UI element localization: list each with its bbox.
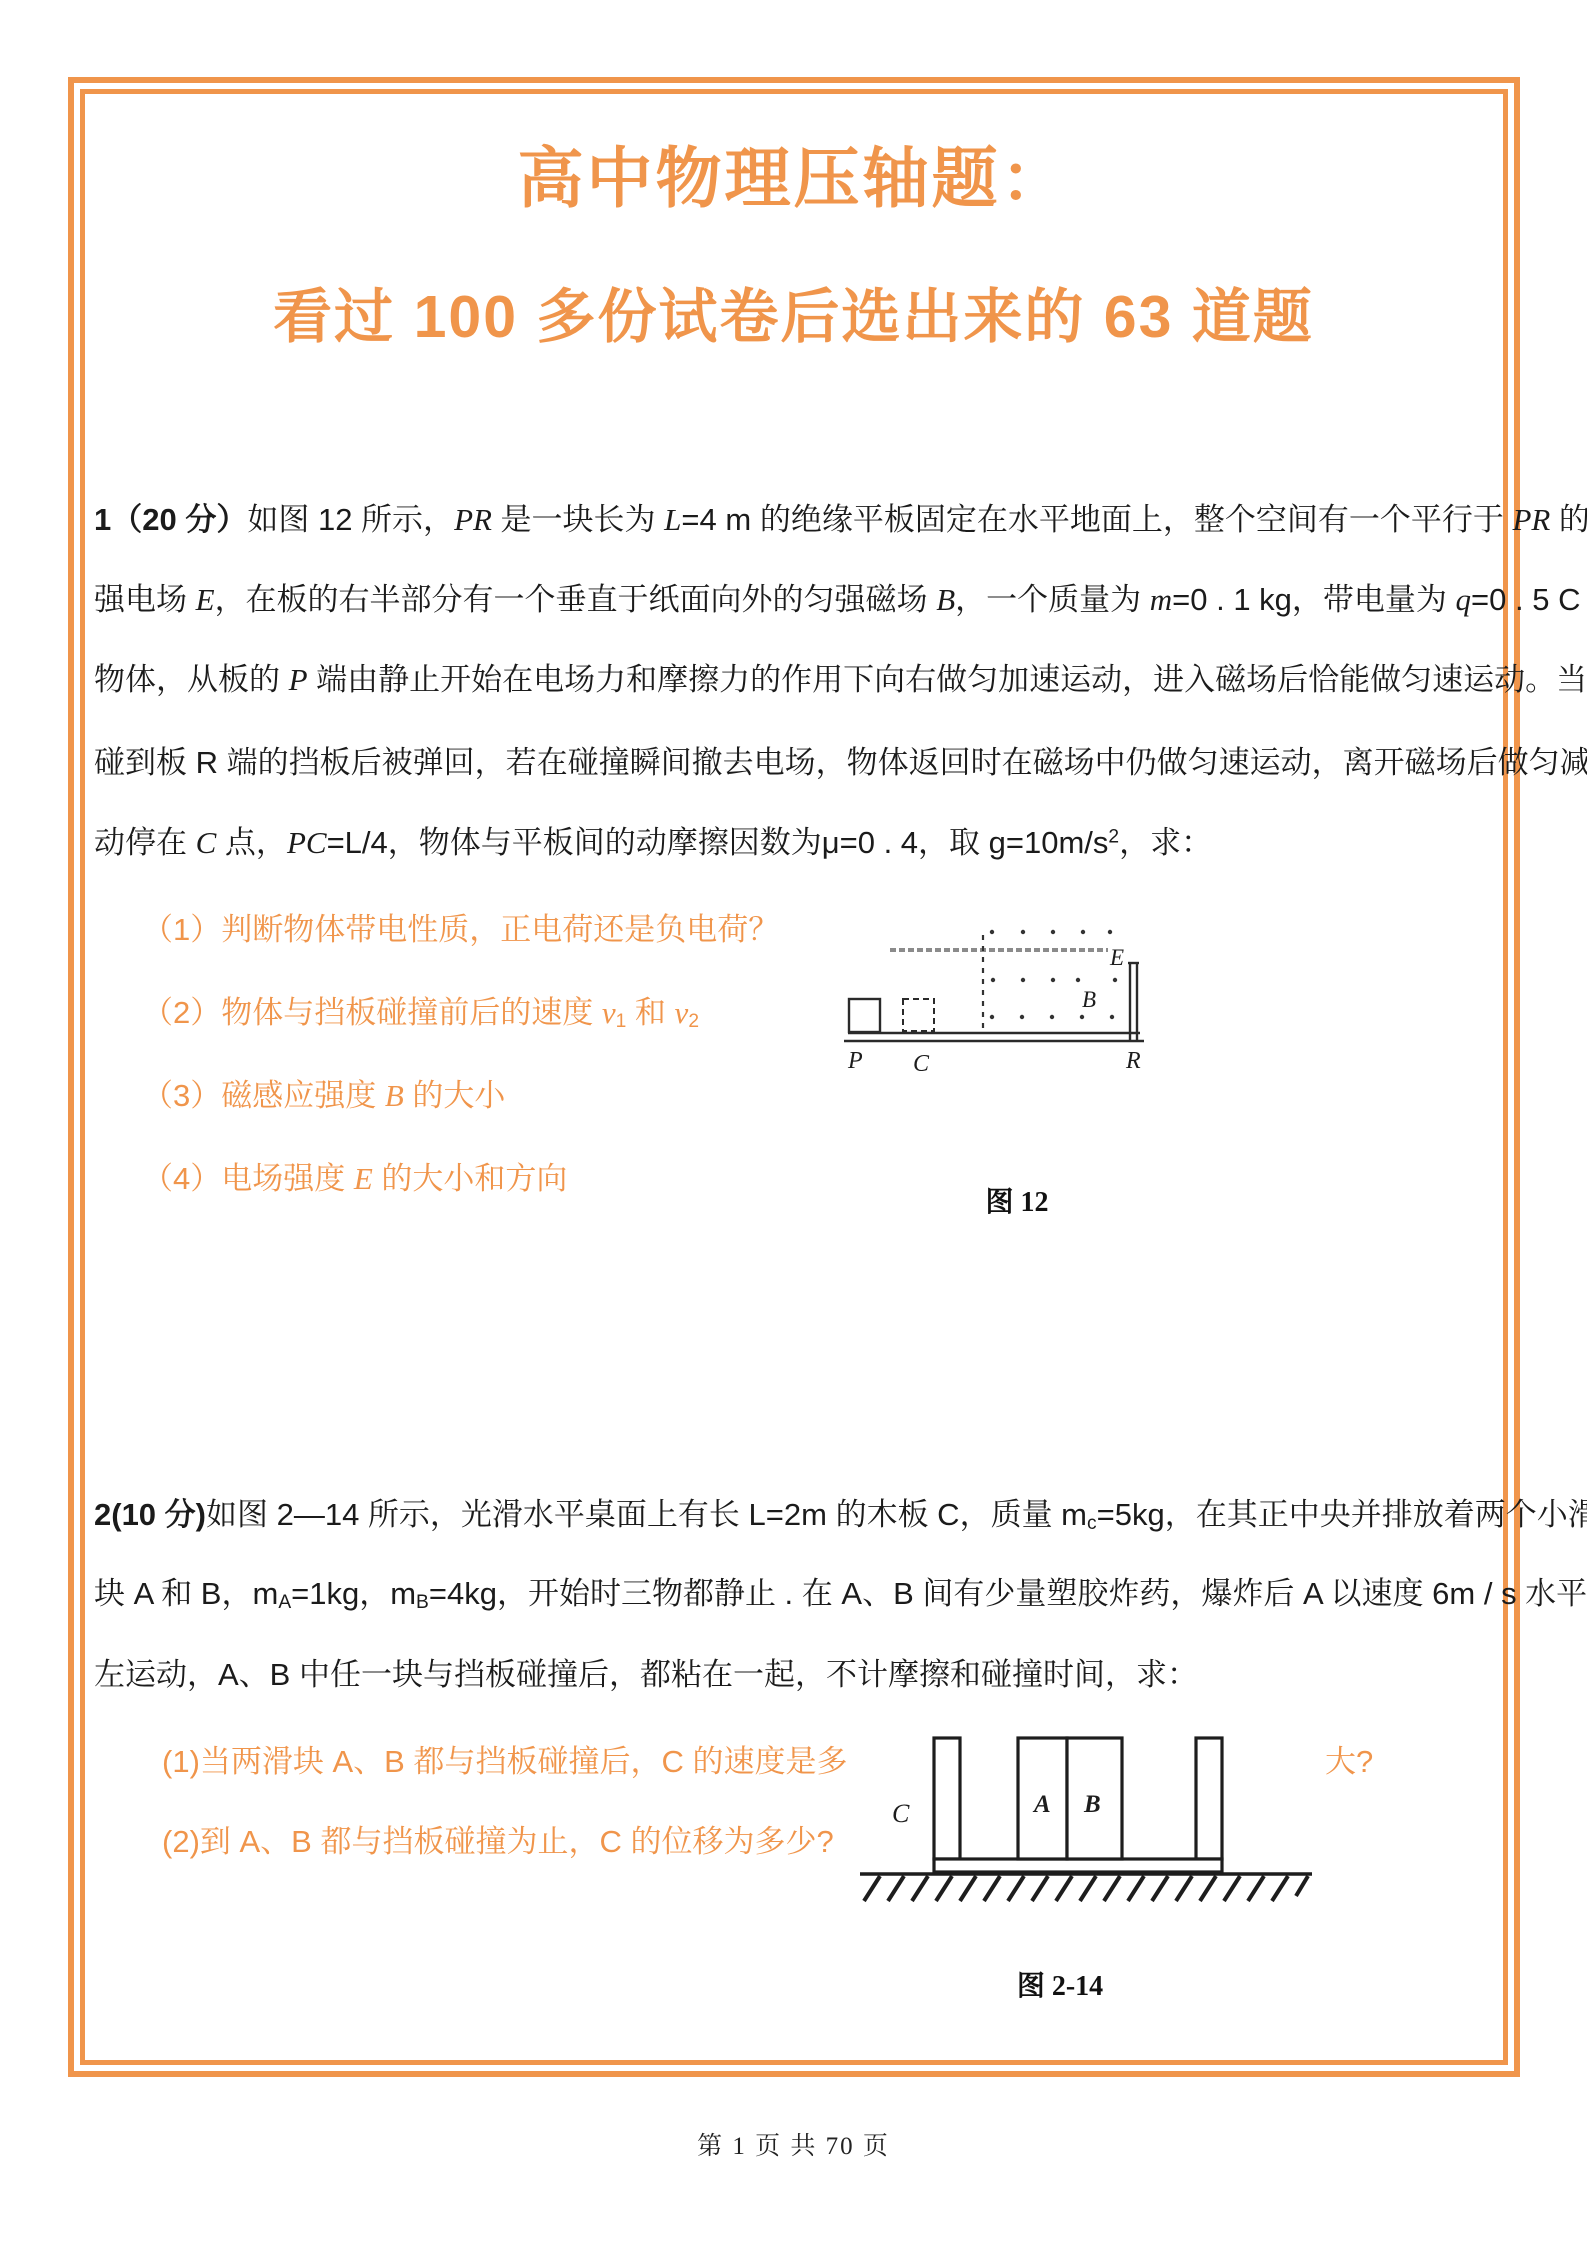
board-C-base <box>934 1859 1222 1872</box>
document-subtitle: 看过 100 多份试卷后选出来的 63 道题 <box>0 285 1587 350</box>
problem1-subquestion-2: （2）物体与挡板碰撞前后的速度 v1 和 v2 <box>142 994 699 1032</box>
problem2-line-3: 左运动，A、B 中任一块与挡板碰撞后，都粘在一起，不计摩擦和碰撞时间，求： <box>94 1656 1198 1694</box>
label-C: C <box>913 1051 930 1077</box>
label-P: P <box>847 1048 863 1074</box>
field-dots-top-row <box>990 930 1112 934</box>
page-number-footer: 第 1 页 共 70 页 <box>0 2126 1587 2162</box>
problem2-subquestion-2: (2)到 A、B 都与挡板碰撞为止，C 的位移为多少? <box>162 1823 834 1861</box>
problem1-line-1: 1（20 分）如图 12 所示，PR 是一块长为 L=4 m 的绝缘平板固定在水… <box>94 501 1587 539</box>
ground-hatching <box>864 1876 1308 1901</box>
problem1-line-4: 碰到板 R 端的挡板后被弹回，若在碰撞瞬间撤去电场，物体返回时在磁场中仍做匀速运… <box>94 744 1587 782</box>
label-B: B <box>1082 987 1096 1012</box>
problem2-subquestion-1: (1)当两滑块 A、B 都与挡板碰撞后，C 的速度是多 <box>162 1743 847 1781</box>
document-title: 高中物理压轴题： <box>0 142 1587 215</box>
figure-12-caption: 图 12 <box>917 1180 1117 1220</box>
label-C: C <box>892 1799 910 1828</box>
field-dots-bottom-row <box>990 1015 1114 1019</box>
dashed-block-at-C <box>903 999 934 1031</box>
label-A: A <box>1032 1791 1051 1818</box>
block-at-P <box>849 999 880 1032</box>
document-page: 高中物理压轴题： 看过 100 多份试卷后选出来的 63 道题 1（20 分）如… <box>0 0 1587 2245</box>
figure-12: E B P C R <box>830 915 1170 1080</box>
problem1-line-5: 动停在 C 点，PC=L/4，物体与平板间的动摩擦因数为μ=0 . 4，取 g=… <box>94 824 1212 862</box>
problem2-line-1: 2(10 分)如图 2—14 所示，光滑水平桌面上有长 L=2m 的木板 C，质… <box>94 1496 1587 1534</box>
label-R: R <box>1125 1048 1141 1074</box>
figure-2-14: A B C <box>850 1700 1320 1925</box>
problem1-subquestion-3: （3）磁感应强度 B 的大小 <box>142 1077 505 1115</box>
field-dots-middle-row <box>991 978 1117 982</box>
problem1-subquestion-1: （1）判断物体带电性质，正电荷还是负电荷？ <box>142 911 779 949</box>
problem1-line-3: 物体，从板的 P 端由静止开始在电场力和摩擦力的作用下向右做匀加速运动，进入磁场… <box>94 661 1587 699</box>
board-C-left-baffle <box>934 1738 960 1859</box>
label-B: B <box>1083 1791 1101 1818</box>
problem2-subquestion-1-overflow: 大? <box>1325 1743 1373 1781</box>
problem1-subquestion-4: （4）电场强度 E 的大小和方向 <box>142 1160 567 1198</box>
problem1-line-2: 强电场 E，在板的右半部分有一个垂直于纸面向外的匀强磁场 B，一个质量为 m=0… <box>94 581 1587 619</box>
problem2-line-2: 块 A 和 B，mA=1kg，mB=4kg，开始时三物都静止 . 在 A、B 间… <box>94 1575 1587 1613</box>
board-C-right-baffle <box>1196 1738 1222 1859</box>
figure-2-14-caption: 图 2-14 <box>950 1964 1170 2004</box>
label-E: E <box>1109 945 1124 970</box>
